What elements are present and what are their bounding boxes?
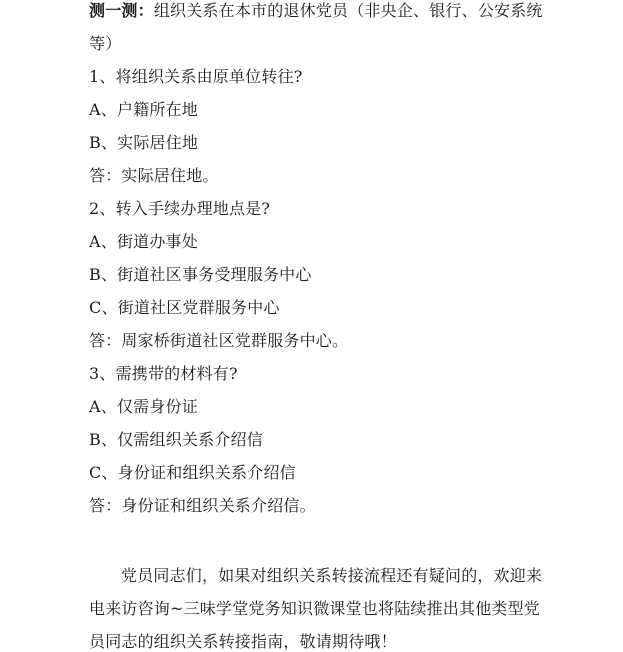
question-block-2: 2、转入手续办理地点是? A、街道办事处 B、街道社区事务受理服务中心 C、街道…	[89, 192, 549, 357]
question-block-1: 1、将组织关系由原单位转往? A、户籍所在地 B、实际居住地 答：实际居住地。	[89, 60, 549, 192]
option-c: C、身份证和组织关系介绍信	[89, 456, 549, 489]
quiz-section: 测一测：组织关系在本市的退休党员（非央企、银行、公安系统等） 1、将组织关系由原…	[89, 0, 549, 522]
quiz-intro-text: 组织关系在本市的退休党员（非央企、银行、公安系统等）	[89, 1, 543, 53]
answer-text: 答：周家桥街道社区党群服务中心。	[89, 324, 549, 357]
answer-text: 答：实际居住地。	[89, 159, 549, 192]
answer-text: 答：身份证和组织关系介绍信。	[89, 489, 549, 522]
option-c: C、街道社区党群服务中心	[89, 291, 549, 324]
quiz-heading: 测一测：	[89, 1, 154, 20]
option-b: B、仅需组织关系介绍信	[89, 423, 549, 456]
question-text: 1、将组织关系由原单位转往?	[89, 60, 549, 93]
question-text: 2、转入手续办理地点是?	[89, 192, 549, 225]
option-b: B、街道社区事务受理服务中心	[89, 258, 549, 291]
question-block-3: 3、需携带的材料有? A、仅需身份证 B、仅需组织关系介绍信 C、身份证和组织关…	[89, 357, 549, 522]
closing-paragraph: 党员同志们，如果对组织关系转接流程还有疑问的，欢迎来电来访咨询~三味学堂党务知识…	[89, 559, 551, 652]
quiz-intro: 测一测：组织关系在本市的退休党员（非央企、银行、公安系统等）	[89, 0, 549, 60]
option-b: B、实际居住地	[89, 126, 549, 159]
option-a: A、仅需身份证	[89, 390, 549, 423]
question-text: 3、需携带的材料有?	[89, 357, 549, 390]
option-a: A、街道办事处	[89, 225, 549, 258]
option-a: A、户籍所在地	[89, 93, 549, 126]
